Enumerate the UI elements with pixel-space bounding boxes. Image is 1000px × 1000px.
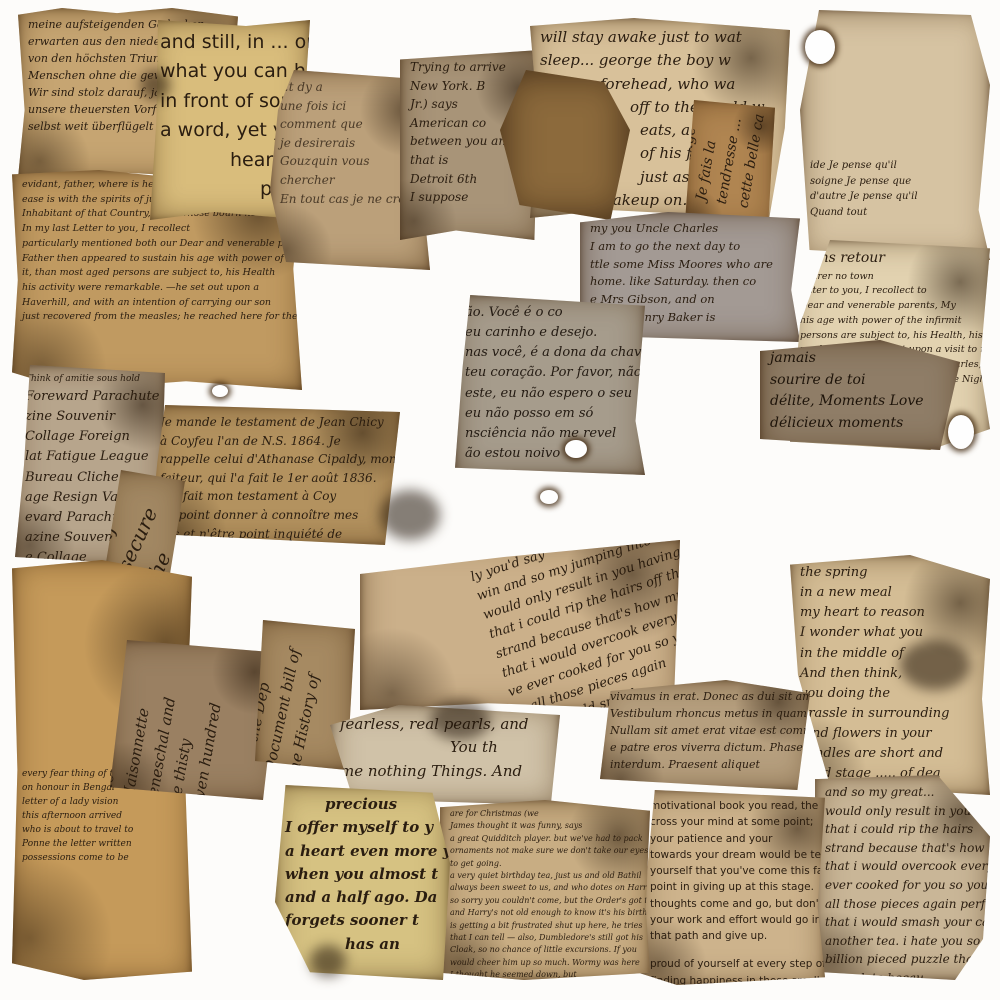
scrap-line: towards your dream would be tes bbox=[650, 847, 815, 863]
scrap-line: une fois ici bbox=[280, 97, 420, 116]
scrap-line: I suppose bbox=[410, 188, 530, 207]
scrap-vertical-french-top-right: Mon ange Je fais la tendresse ... cette … bbox=[685, 100, 775, 230]
scrap-line: nas você, é a dona da chave bbox=[465, 343, 635, 363]
scrap-line: so sorry you couldn't come, but the Orde… bbox=[450, 895, 640, 907]
scrap-line: will stay awake just to wat bbox=[540, 26, 780, 49]
scrap-line: all those pieces again perfectly bbox=[825, 895, 980, 914]
scrap-portuguese-grey-letter: ão. Você é o co eu carinho e desejo. nas… bbox=[455, 295, 645, 475]
scrap-line: Et dy a bbox=[280, 78, 420, 97]
scrap-line: you doing the bbox=[800, 684, 980, 704]
scrap-line: lat Fatigue League bbox=[25, 447, 155, 467]
scrap-line: Father then appeared to sustain his age … bbox=[22, 252, 292, 267]
scrap-line: thoughts come and go, but don't bbox=[650, 896, 815, 912]
scrap-line: a very quiet birthday tea, just us and o… bbox=[450, 870, 640, 882]
scrap-line: that I can tell — also, Dumbledore's sti… bbox=[450, 932, 640, 944]
scrap-line: letter to you, I recollect to bbox=[800, 284, 980, 299]
burn-hole bbox=[540, 490, 558, 504]
scrap-line: délite, Moments Love bbox=[770, 391, 950, 413]
scrap-line: another tea. i hate you so mu bbox=[825, 932, 980, 951]
burn-hole bbox=[565, 440, 587, 458]
scrap-line: I offer myself to y bbox=[285, 816, 440, 839]
scrap-line: this afternoon arrived bbox=[22, 810, 182, 824]
scrap-line: ão estou noivo bbox=[465, 444, 635, 464]
scrap-line: Nullam sit amet erat vitae est commodo f… bbox=[610, 722, 800, 739]
scrap-line: strand because that's how m bbox=[825, 839, 980, 858]
scrap-offer-myself-yellow-note: precious I offer myself to y a heart eve… bbox=[275, 785, 450, 980]
scrap-line: Dans retour bbox=[800, 248, 980, 270]
scrap-line: Vestibulum rhoncus metus in quam bbox=[610, 705, 800, 722]
scrap-line: sourire de toi bbox=[770, 370, 950, 392]
scrap-line: point in giving up at this stage. bbox=[650, 879, 815, 895]
scrap-line: grassle in surrounding bbox=[800, 704, 980, 724]
scrap-mirrored-cursive-scrap: ly you'd say win and so my jumping into … bbox=[360, 540, 680, 710]
scrap-line: Ponne the letter written bbox=[22, 838, 182, 852]
scrap-line: Collage Foreign bbox=[25, 427, 155, 447]
scrap-line: comment que bbox=[280, 115, 420, 134]
scrap-line: J'ai fait mon testament à Coy bbox=[160, 487, 390, 506]
scrap-line: finding happiness in these small bbox=[650, 973, 815, 985]
scrap-line: dearer no town bbox=[800, 270, 980, 285]
scrap-line: soigne Je pense que bbox=[810, 174, 980, 190]
scrap-line: Haverhill, and with an intention of carr… bbox=[22, 296, 292, 311]
burn-smudge bbox=[380, 490, 440, 540]
scrap-line: e patre eros viverra dictum. Phasellus a… bbox=[610, 739, 800, 756]
scrap-line: este, eu não espero o seu bbox=[465, 384, 635, 404]
scrap-line: ne point donner à connoître mes bbox=[160, 506, 390, 525]
scrap-line: and Harry's not old enough to know it's … bbox=[450, 907, 640, 919]
scrap-line: In my last Letter to you, I recollect bbox=[22, 222, 292, 237]
scrap-line: has an bbox=[285, 933, 440, 956]
burn-hole bbox=[948, 415, 974, 449]
scrap-line: New York. B bbox=[410, 77, 530, 96]
scrap-line: that i would overcook every bbox=[825, 857, 980, 876]
scrap-line: my you Uncle Charles bbox=[590, 220, 790, 238]
scrap-line: who is about to travel to bbox=[22, 824, 182, 838]
scrap-line: délicieux moments bbox=[770, 413, 950, 435]
burn-smudge bbox=[900, 640, 970, 690]
scrap-line: Quand tout bbox=[810, 205, 980, 221]
scrap-line: my heart to reason bbox=[800, 603, 980, 623]
scrap-smash-pieces-letter: and so my great... would only result in … bbox=[815, 775, 990, 980]
scrap-line: eu não posso em só bbox=[465, 404, 635, 424]
scrap-line: chocolate becau bbox=[825, 969, 980, 980]
scrap-line: ide Je pense qu'il bbox=[810, 158, 980, 174]
scrap-line: persons are subject to, his Health, his … bbox=[800, 329, 980, 344]
scrap-line: billion pieced puzzle that bbox=[825, 950, 980, 969]
burn-smudge bbox=[140, 70, 170, 100]
scrap-line: I am to go the next day to bbox=[590, 238, 790, 256]
scrap-line: that path and give up. bbox=[650, 928, 815, 944]
scrap-line: would only result in you bbox=[825, 802, 980, 821]
scrap-line: home. like Saturday. then co bbox=[590, 273, 790, 291]
scrap-line: ornaments not make sure we don't take ou… bbox=[450, 845, 640, 857]
scrap-line: interdum. Praesent aliquet bbox=[610, 756, 800, 773]
scrap-line: d'autre Je pense qu'il bbox=[810, 189, 980, 205]
scrap-line: in a new meal bbox=[800, 583, 980, 603]
scrap-french-testament: Je mande le testament de Jean Chicy à Co… bbox=[150, 405, 400, 545]
scrap-line: Dear and venerable parents, My bbox=[800, 299, 980, 314]
scrap-line: vivamus in erat. Donec as dui sit amet e… bbox=[610, 688, 800, 705]
scrap-moments-love-strip: jamais sourire de toi délite, Moments Lo… bbox=[760, 340, 960, 450]
scrap-line: forgets sooner t bbox=[285, 909, 440, 932]
scrap-line: it, than most aged persons are subject t… bbox=[22, 266, 292, 281]
scrap-line: ttle some Miss Moores who are bbox=[590, 256, 790, 274]
burn-smudge bbox=[310, 945, 346, 977]
scrap-line: is getting a bit frustrated shut up here… bbox=[450, 920, 640, 932]
scrap-line: his activity were remarkable. —he set ou… bbox=[22, 281, 292, 296]
scrap-line: rappelle celui d'Athanase Cipaldy, mon bbox=[160, 450, 390, 469]
scrap-line: Trying to arrive bbox=[410, 58, 530, 77]
burn-smudge bbox=[430, 700, 490, 740]
scrap-line: yourself that you've come this far bbox=[650, 863, 815, 879]
scrap-line: letter of a lady vision bbox=[22, 796, 182, 810]
scrap-line: candles are short and bbox=[800, 744, 980, 764]
scrap-line: cross your mind at some point; bbox=[650, 814, 815, 830]
scrap-line: just recovered from the measles; he reac… bbox=[22, 310, 292, 325]
scrap-line: pendant le peu de vie bbox=[160, 543, 390, 545]
burn-hole bbox=[212, 385, 228, 397]
scrap-line: James thought it was funny, says bbox=[450, 820, 640, 832]
scrap-line: Je mande le testament de Jean Chicy bbox=[160, 413, 390, 432]
scrap-line: a heart even more y bbox=[285, 840, 440, 863]
scrap-line: that i would smash your cake bbox=[825, 913, 980, 932]
scrap-line: sleep... george the boy w bbox=[540, 49, 780, 72]
scrap-line: nsciência não me revel bbox=[465, 424, 635, 444]
scrap-line: motivational book you read, the bbox=[650, 798, 815, 814]
scrap-latin-lorem-scrap: vivamus in erat. Donec as dui sit amet e… bbox=[600, 680, 810, 790]
scrap-line: precious bbox=[285, 793, 440, 816]
scrap-line: your work and effort would go in bbox=[650, 912, 815, 928]
scrap-line: possessions come to be bbox=[22, 852, 182, 866]
scrap-line: eu carinho e desejo. bbox=[465, 323, 635, 343]
scrap-line: always been sweet to us, and who dotes o… bbox=[450, 882, 640, 894]
scrap-line: En tout cas je ne crois bbox=[280, 190, 420, 209]
scrap-line: proud of yourself at every step of bbox=[650, 956, 815, 972]
scrap-line: I thought he seemed down, but bbox=[450, 969, 640, 980]
scrap-line: à Coyfeu l'an de N.S. 1864. Je bbox=[160, 432, 390, 451]
scrap-line: ever cooked for you so you wou bbox=[825, 876, 980, 895]
burn-hole bbox=[805, 30, 835, 64]
scrap-line: would cheer him up so much. Wormy was he… bbox=[450, 957, 640, 969]
scrap-line: You th bbox=[340, 736, 550, 759]
scrap-line: Gouzquin vous bbox=[280, 152, 420, 171]
scrap-line: I wonder what you bbox=[800, 623, 980, 643]
scrap-line: faiteur, qui l'a fait le 1er août 1836. bbox=[160, 469, 390, 488]
scrap-line: the spring bbox=[800, 563, 980, 583]
scrap-line: when you almost t bbox=[285, 863, 440, 886]
scrap-line: your patience and your bbox=[650, 831, 815, 847]
scrap-line: to get going. bbox=[450, 858, 640, 870]
scrap-line: kind flowers in your bbox=[800, 724, 980, 744]
scrap-motivational-note: motivational book you read, the cross yo… bbox=[640, 790, 825, 985]
scrap-line: Foreward Parachute bbox=[25, 387, 155, 407]
scrap-line: teu coração. Por favor, não, bbox=[465, 363, 635, 383]
scrap-vertical-script-left: Vie Maisonnette Seneschal and the thisty… bbox=[110, 640, 280, 800]
scrap-line: his age with power of the infirmit bbox=[800, 314, 980, 329]
scrap-line: a great Quidditch player. but we've had … bbox=[450, 833, 640, 845]
scrap-line: chercher bbox=[280, 171, 420, 190]
scrap-line: and a half ago. Da bbox=[285, 886, 440, 909]
scrap-line: me nothing Things. And bbox=[340, 760, 550, 783]
scrap-dumbledore-letter: are for Christmas (we James thought it w… bbox=[440, 800, 650, 980]
scrap-line: and still, in ... on m bbox=[160, 28, 300, 57]
scrap-line: je desirerais bbox=[280, 134, 420, 153]
paper-collage: meine aufsteigenden Gedanken erwarten au… bbox=[0, 0, 1000, 1000]
scrap-line: that i could rip the hairs bbox=[825, 820, 980, 839]
scrap-line: Cloak, so no chance of little excursions… bbox=[450, 944, 640, 956]
scrap-line: ses et n'être point inquiété de bbox=[160, 525, 390, 544]
scrap-line: what you can have bbox=[160, 57, 300, 86]
scrap-line: ão. Você é o co bbox=[465, 303, 635, 323]
scrap-line: zine Souvenir bbox=[25, 407, 155, 427]
scrap-line: particularly mentioned both our Dear and… bbox=[22, 237, 292, 252]
scrap-line: are for Christmas (we bbox=[450, 808, 640, 820]
scrap-line: Think of amitie sous hold bbox=[25, 373, 155, 387]
